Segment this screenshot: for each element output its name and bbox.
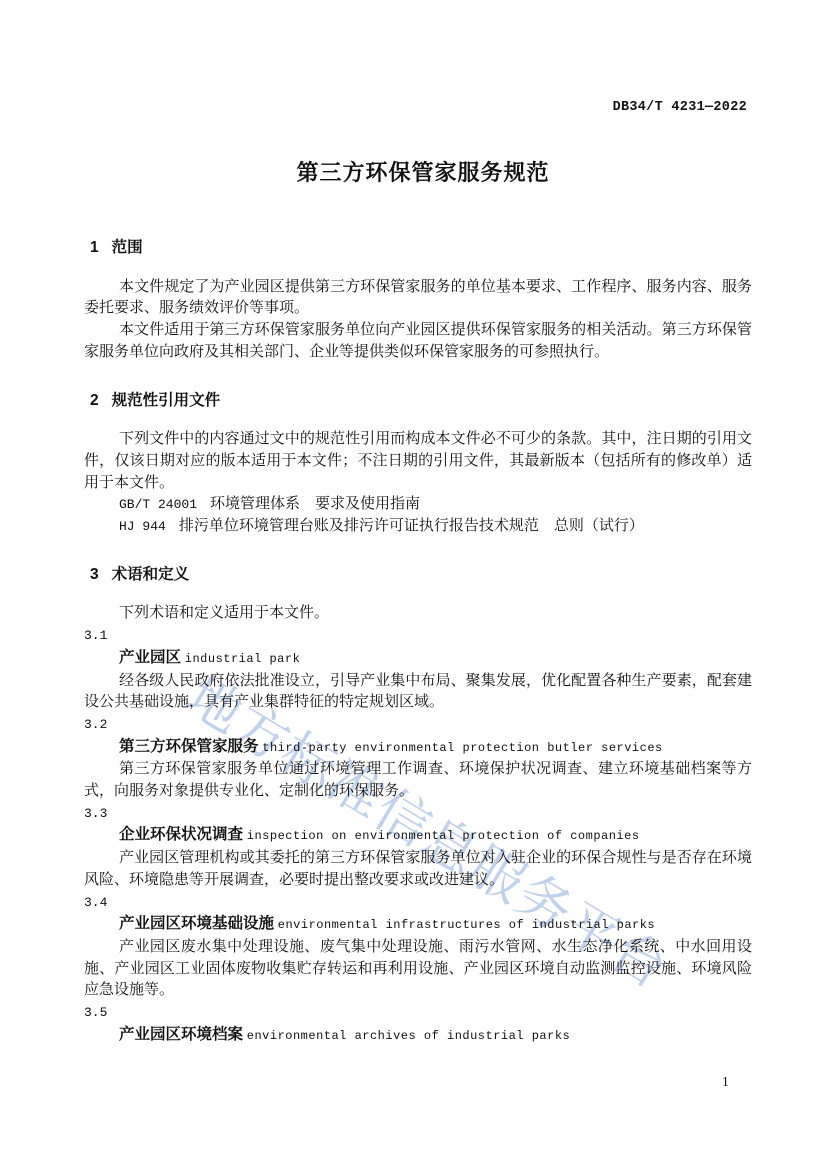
document-body: 1 范围 本文件规定了为产业园区提供第三方环保管家服务的单位基本要求、工作程序、… [84, 237, 752, 1048]
term-heading: 产业园区环境档案 environmental archives of indus… [84, 1024, 752, 1048]
term-en: industrial park [185, 652, 301, 666]
paragraph: 本文件适用于第三方环保管家服务单位向产业园区提供环保管家服务的相关活动。第三方环… [84, 320, 752, 363]
term-definition: 经各级人民政府依法批准设立，引导产业集中布局、聚集发展，优化配置各种生产要素，配… [84, 671, 752, 714]
paragraph: 下列术语和定义适用于本文件。 [84, 603, 752, 625]
term-definition: 第三方环保管家服务单位通过环境管理工作调查、环境保护状况调查、建立环境基础档案等… [84, 759, 752, 802]
term-definition: 产业园区管理机构或其委托的第三方环保管家服务单位对入驻企业的环保合规性与是否存在… [84, 848, 752, 891]
document-title: 第三方环保管家服务规范 [10, 156, 826, 187]
term-definition: 产业园区废水集中处理设施、废气集中处理设施、雨污水管网、水生态净化系统、中水回用… [84, 937, 752, 1002]
document-page: 地方标准信息服务平台 DB34/T 4231—2022 第三方环保管家服务规范 … [0, 0, 826, 1169]
term-heading: 产业园区环境基础设施 environmental infrastructures… [84, 913, 752, 937]
term-en: third-party environmental protection but… [262, 741, 662, 755]
page-number: 1 [722, 1074, 729, 1090]
term-zh: 产业园区环境基础设施 [119, 915, 274, 932]
section-heading-3: 3 术语和定义 [84, 564, 752, 586]
section-number: 2 [90, 390, 99, 412]
term-en: environmental archives of industrial par… [247, 1029, 570, 1043]
section-heading-2: 2 规范性引用文件 [84, 390, 752, 412]
reference-code: GB/T 24001 [119, 497, 210, 512]
term-en: environmental infrastructures of industr… [278, 918, 655, 932]
section-title: 术语和定义 [112, 564, 190, 586]
term-number: 3.3 [84, 803, 752, 825]
paragraph: 下列文件中的内容通过文中的规范性引用而构成本文件必不可少的条款。其中，注日期的引… [84, 429, 752, 494]
term-heading: 企业环保状况调查 inspection on environmental pro… [84, 824, 752, 848]
term-zh: 第三方环保管家服务 [119, 738, 259, 755]
term-zh: 产业园区环境档案 [119, 1026, 243, 1043]
section-heading-1: 1 范围 [84, 237, 752, 259]
term-number: 3.2 [84, 714, 752, 736]
section-number: 3 [90, 564, 99, 586]
term-en: inspection on environmental protection o… [247, 829, 640, 843]
term-number: 3.5 [84, 1002, 752, 1024]
section-title: 范围 [112, 237, 143, 259]
paragraph: 本文件规定了为产业园区提供第三方环保管家服务的单位基本要求、工作程序、服务内容、… [84, 277, 752, 320]
term-heading: 第三方环保管家服务 third-party environmental prot… [84, 736, 752, 760]
normative-reference: GB/T 24001 环境管理体系 要求及使用指南 [84, 494, 752, 516]
standard-number: DB34/T 4231—2022 [613, 100, 747, 115]
reference-code: HJ 944 [119, 519, 179, 534]
term-zh: 企业环保状况调查 [119, 826, 243, 843]
section-title: 规范性引用文件 [112, 390, 221, 412]
reference-title: 环境管理体系 要求及使用指南 [210, 496, 420, 512]
term-number: 3.1 [84, 625, 752, 647]
normative-reference: HJ 944 排污单位环境管理台账及排污许可证执行报告技术规范 总则（试行） [84, 516, 752, 538]
term-zh: 产业园区 [119, 649, 181, 666]
section-number: 1 [90, 237, 99, 259]
term-heading: 产业园区 industrial park [84, 647, 752, 671]
reference-title: 排污单位环境管理台账及排污许可证执行报告技术规范 总则（试行） [179, 518, 644, 534]
term-number: 3.4 [84, 892, 752, 914]
